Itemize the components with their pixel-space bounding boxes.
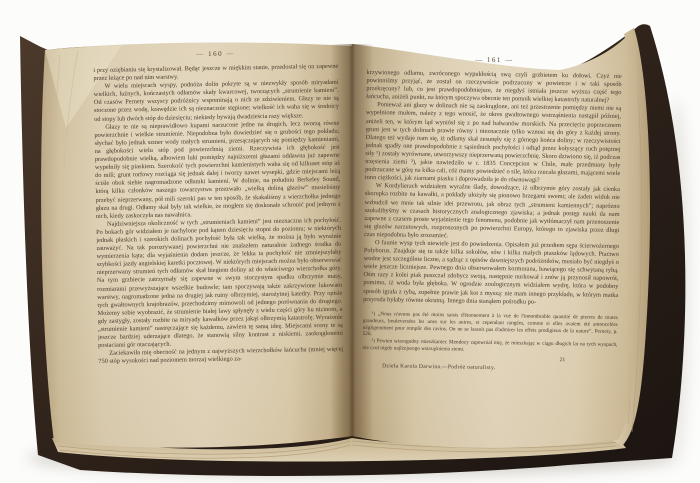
paragraph: Zaciekawiła mię obecność na jednym z naj… bbox=[98, 346, 343, 366]
paragraph: Najdziwniejsza okoliczność w tych „strum… bbox=[96, 216, 343, 350]
right-page: — 161 — krzywionego odłamu, zwróconego w… bbox=[361, 54, 622, 436]
paragraph: W Kordylierach widziałem wyraźne ślady, … bbox=[364, 182, 620, 243]
left-page: — 160 — i przy oziębianiu się krystalizo… bbox=[93, 48, 344, 424]
paragraph: Ponieważ ani głazy w dolinach nie są zao… bbox=[365, 101, 621, 186]
paragraph: Głazy te nie są nieprawidłowo kupami nar… bbox=[94, 119, 341, 220]
footnote: ¹) „Nous n'avons pas été moins saisis d'… bbox=[363, 311, 618, 343]
sheet-signature: 21 bbox=[362, 354, 617, 364]
running-footer-title: Dzieła Karola Darwina.—Podróż naturalist… bbox=[362, 363, 617, 373]
paragraph: krzywionego odłamu, zwróconego wypukłośc… bbox=[366, 69, 621, 105]
book-photo: — 160 — i przy oziębianiu się krystalizo… bbox=[0, 0, 700, 483]
paragraph: W wielu miejscach wyspy, podnóża dolin p… bbox=[94, 79, 340, 124]
right-page-text: krzywionego odłamu, zwróconego wypukłośc… bbox=[363, 69, 622, 308]
right-page-footnotes: ¹) „Nous n'avons pas été moins saisis d'… bbox=[362, 311, 618, 356]
paragraph: O faunie wysp tych niewiele jest do powi… bbox=[363, 239, 619, 308]
left-page-text: i przy oziębianiu się krystalizował. Będ… bbox=[93, 63, 343, 367]
footnote: ²) Pewien wiarogodny mieszkaniec Mendozy… bbox=[362, 338, 617, 356]
